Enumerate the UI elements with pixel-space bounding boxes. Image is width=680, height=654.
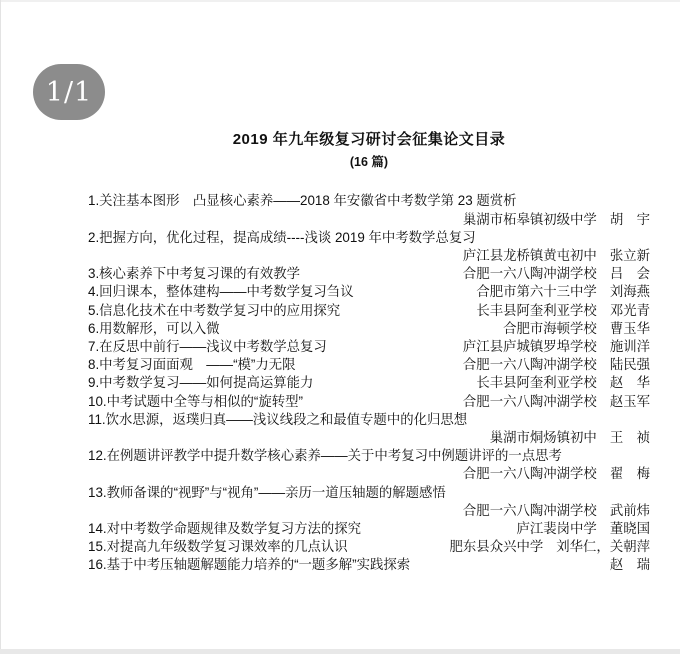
paper-school: 庐江县庐城镇罗埠学校 [463,338,597,356]
paper-byline: 巢湖市柘皋镇初级中学胡 宇 [463,211,650,229]
list-item: 1.关注基本图形 凸显核心素养——2018 年安徽省中考数学第 23 题赏析 [88,192,650,210]
paper-author: 邓光青 [610,302,650,320]
list-item-continuation: 庐江县龙桥镇黄屯初中张立新 [88,247,650,265]
list-item: 6.用数解形，可以入微合肥市海顿学校曹玉华 [88,320,650,338]
paper-title: 4.回归课本，整体建构——中考数学复习刍议 [88,283,354,301]
paper-author: 曹玉华 [610,320,650,338]
paper-title: 8.中考复习面面观 ——“模”力无限 [88,356,296,374]
list-item: 9.中考数学复习——如何提高运算能力长丰县阿奎利亚学校赵 华 [88,374,650,392]
paper-author: 刘华仁，关朝萍 [556,538,650,556]
paper-author: 刘海燕 [610,283,650,301]
paper-author: 张立新 [610,247,650,265]
paper-title: 15.对提高九年级数学复习课效率的几点认识 [88,538,348,556]
paper-byline: 长丰县阿奎利亚学校邓光青 [476,302,650,320]
paper-byline: 合肥一六八陶冲湖学校武前炜 [463,502,650,520]
paper-school: 合肥一六八陶冲湖学校 [463,393,597,411]
paper-byline: 巢湖市烔炀镇初中王 祯 [490,429,650,447]
list-item: 7.在反思中前行——浅议中考数学总复习庐江县庐城镇罗埠学校施训洋 [88,338,650,356]
list-item-continuation: 巢湖市柘皋镇初级中学胡 宇 [88,211,650,229]
paper-author: 翟 梅 [610,465,650,483]
paper-school: 巢湖市柘皋镇初级中学 [463,211,597,229]
paper-byline: 赵 瑞 [610,556,650,574]
document-content: 2019 年九年级复习研讨会征集论文目录 (16 篇) 1.关注基本图形 凸显核… [88,131,650,575]
list-item: 3.核心素养下中考复习课的有效教学合肥一六八陶冲湖学校吕 会 [88,265,650,283]
page-top-edge [0,0,680,2]
paper-byline: 合肥一六八陶冲湖学校赵玉军 [463,393,650,411]
document-title: 2019 年九年级复习研讨会征集论文目录 [88,131,650,149]
list-item-continuation: 合肥一六八陶冲湖学校翟 梅 [88,465,650,483]
page-left-edge [0,0,1,654]
paper-byline: 合肥一六八陶冲湖学校翟 梅 [463,465,650,483]
list-item: 8.中考复习面面观 ——“模”力无限合肥一六八陶冲湖学校陆民强 [88,356,650,374]
paper-author: 赵玉军 [610,393,650,411]
paper-school: 合肥一六八陶冲湖学校 [463,265,597,283]
list-item-continuation: 合肥一六八陶冲湖学校武前炜 [88,502,650,520]
list-item: 11.饮水思源，返璞归真——浅议线段之和最值专题中的化归思想 [88,411,650,429]
paper-school: 巢湖市烔炀镇初中 [490,429,597,447]
list-item: 2.把握方向，优化过程，提高成绩----浅谈 2019 年中考数学总复习 [88,229,650,247]
list-item-continuation: 巢湖市烔炀镇初中王 祯 [88,429,650,447]
paper-title: 2.把握方向，优化过程，提高成绩----浅谈 2019 年中考数学总复习 [88,229,476,247]
paper-author: 胡 宇 [610,211,650,229]
paper-title: 7.在反思中前行——浅议中考数学总复习 [88,338,327,356]
paper-title: 5.信息化技术在中考数学复习中的应用探究 [88,302,340,320]
document-subtitle: (16 篇) [88,153,650,171]
paper-author: 陆民强 [610,356,650,374]
document-page: { "page": { "badge": "1/1", "title": "20… [0,0,680,654]
list-item: 15.对提高九年级数学复习课效率的几点认识肥东县众兴中学刘华仁，关朝萍 [88,538,650,556]
paper-school: 合肥市第六十三中学 [476,283,597,301]
paper-author: 赵 华 [610,374,650,392]
paper-title: 10.中考试题中全等与相似的“旋转型” [88,393,303,411]
paper-school: 长丰县阿奎利亚学校 [476,302,597,320]
paper-byline: 合肥市海顿学校曹玉华 [503,320,650,338]
paper-byline: 庐江县龙桥镇黄屯初中张立新 [463,247,650,265]
paper-title: 6.用数解形，可以入微 [88,320,220,338]
page-number-badge: 1/1 [33,64,105,120]
page-bottom-edge [0,649,680,654]
paper-title: 3.核心素养下中考复习课的有效教学 [88,265,300,283]
paper-byline: 合肥市第六十三中学刘海燕 [476,283,650,301]
paper-school: 合肥市海顿学校 [503,320,597,338]
paper-author: 王 祯 [610,429,650,447]
list-item: 10.中考试题中全等与相似的“旋转型”合肥一六八陶冲湖学校赵玉军 [88,393,650,411]
paper-school: 合肥一六八陶冲湖学校 [463,465,597,483]
paper-title: 9.中考数学复习——如何提高运算能力 [88,374,313,392]
paper-school: 肥东县众兴中学 [450,538,544,556]
page-number-label: 1/1 [46,77,92,108]
list-item: 4.回归课本，整体建构——中考数学复习刍议合肥市第六十三中学刘海燕 [88,283,650,301]
paper-title: 1.关注基本图形 凸显核心素养——2018 年安徽省中考数学第 23 题赏析 [88,192,517,210]
list-item: 14.对中考数学命题规律及数学复习方法的探究庐江裴岗中学董晓国 [88,520,650,538]
paper-title: 13.教师备课的“视野”与“视角”——亲历一道压轴题的解题感悟 [88,484,446,502]
paper-author: 武前炜 [610,502,650,520]
paper-school: 庐江县龙桥镇黄屯初中 [463,247,597,265]
paper-byline: 庐江裴岗中学董晓国 [516,520,650,538]
paper-byline: 长丰县阿奎利亚学校赵 华 [476,374,650,392]
paper-title: 12.在例题讲评教学中提升数学核心素养——关于中考复习中例题讲评的一点思考 [88,447,562,465]
paper-school: 合肥一六八陶冲湖学校 [463,502,597,520]
paper-byline: 合肥一六八陶冲湖学校吕 会 [463,265,650,283]
paper-author: 吕 会 [610,265,650,283]
list-item: 13.教师备课的“视野”与“视角”——亲历一道压轴题的解题感悟 [88,484,650,502]
paper-byline: 肥东县众兴中学刘华仁，关朝萍 [450,538,650,556]
paper-author: 董晓国 [610,520,650,538]
paper-title: 16.基于中考压轴题解题能力培养的“一题多解”实践探索 [88,556,410,574]
list-item: 16.基于中考压轴题解题能力培养的“一题多解”实践探索赵 瑞 [88,556,650,574]
paper-title: 11.饮水思源，返璞归真——浅议线段之和最值专题中的化归思想 [88,411,467,429]
paper-byline: 庐江县庐城镇罗埠学校施训洋 [463,338,650,356]
paper-list: 1.关注基本图形 凸显核心素养——2018 年安徽省中考数学第 23 题赏析巢湖… [88,192,650,574]
paper-byline: 合肥一六八陶冲湖学校陆民强 [463,356,650,374]
paper-school: 庐江裴岗中学 [516,520,596,538]
list-item: 5.信息化技术在中考数学复习中的应用探究长丰县阿奎利亚学校邓光青 [88,302,650,320]
paper-school: 长丰县阿奎利亚学校 [476,374,597,392]
paper-title: 14.对中考数学命题规律及数学复习方法的探究 [88,520,361,538]
paper-author: 施训洋 [610,338,650,356]
paper-school: 合肥一六八陶冲湖学校 [463,356,597,374]
list-item: 12.在例题讲评教学中提升数学核心素养——关于中考复习中例题讲评的一点思考 [88,447,650,465]
paper-author: 赵 瑞 [610,556,650,574]
